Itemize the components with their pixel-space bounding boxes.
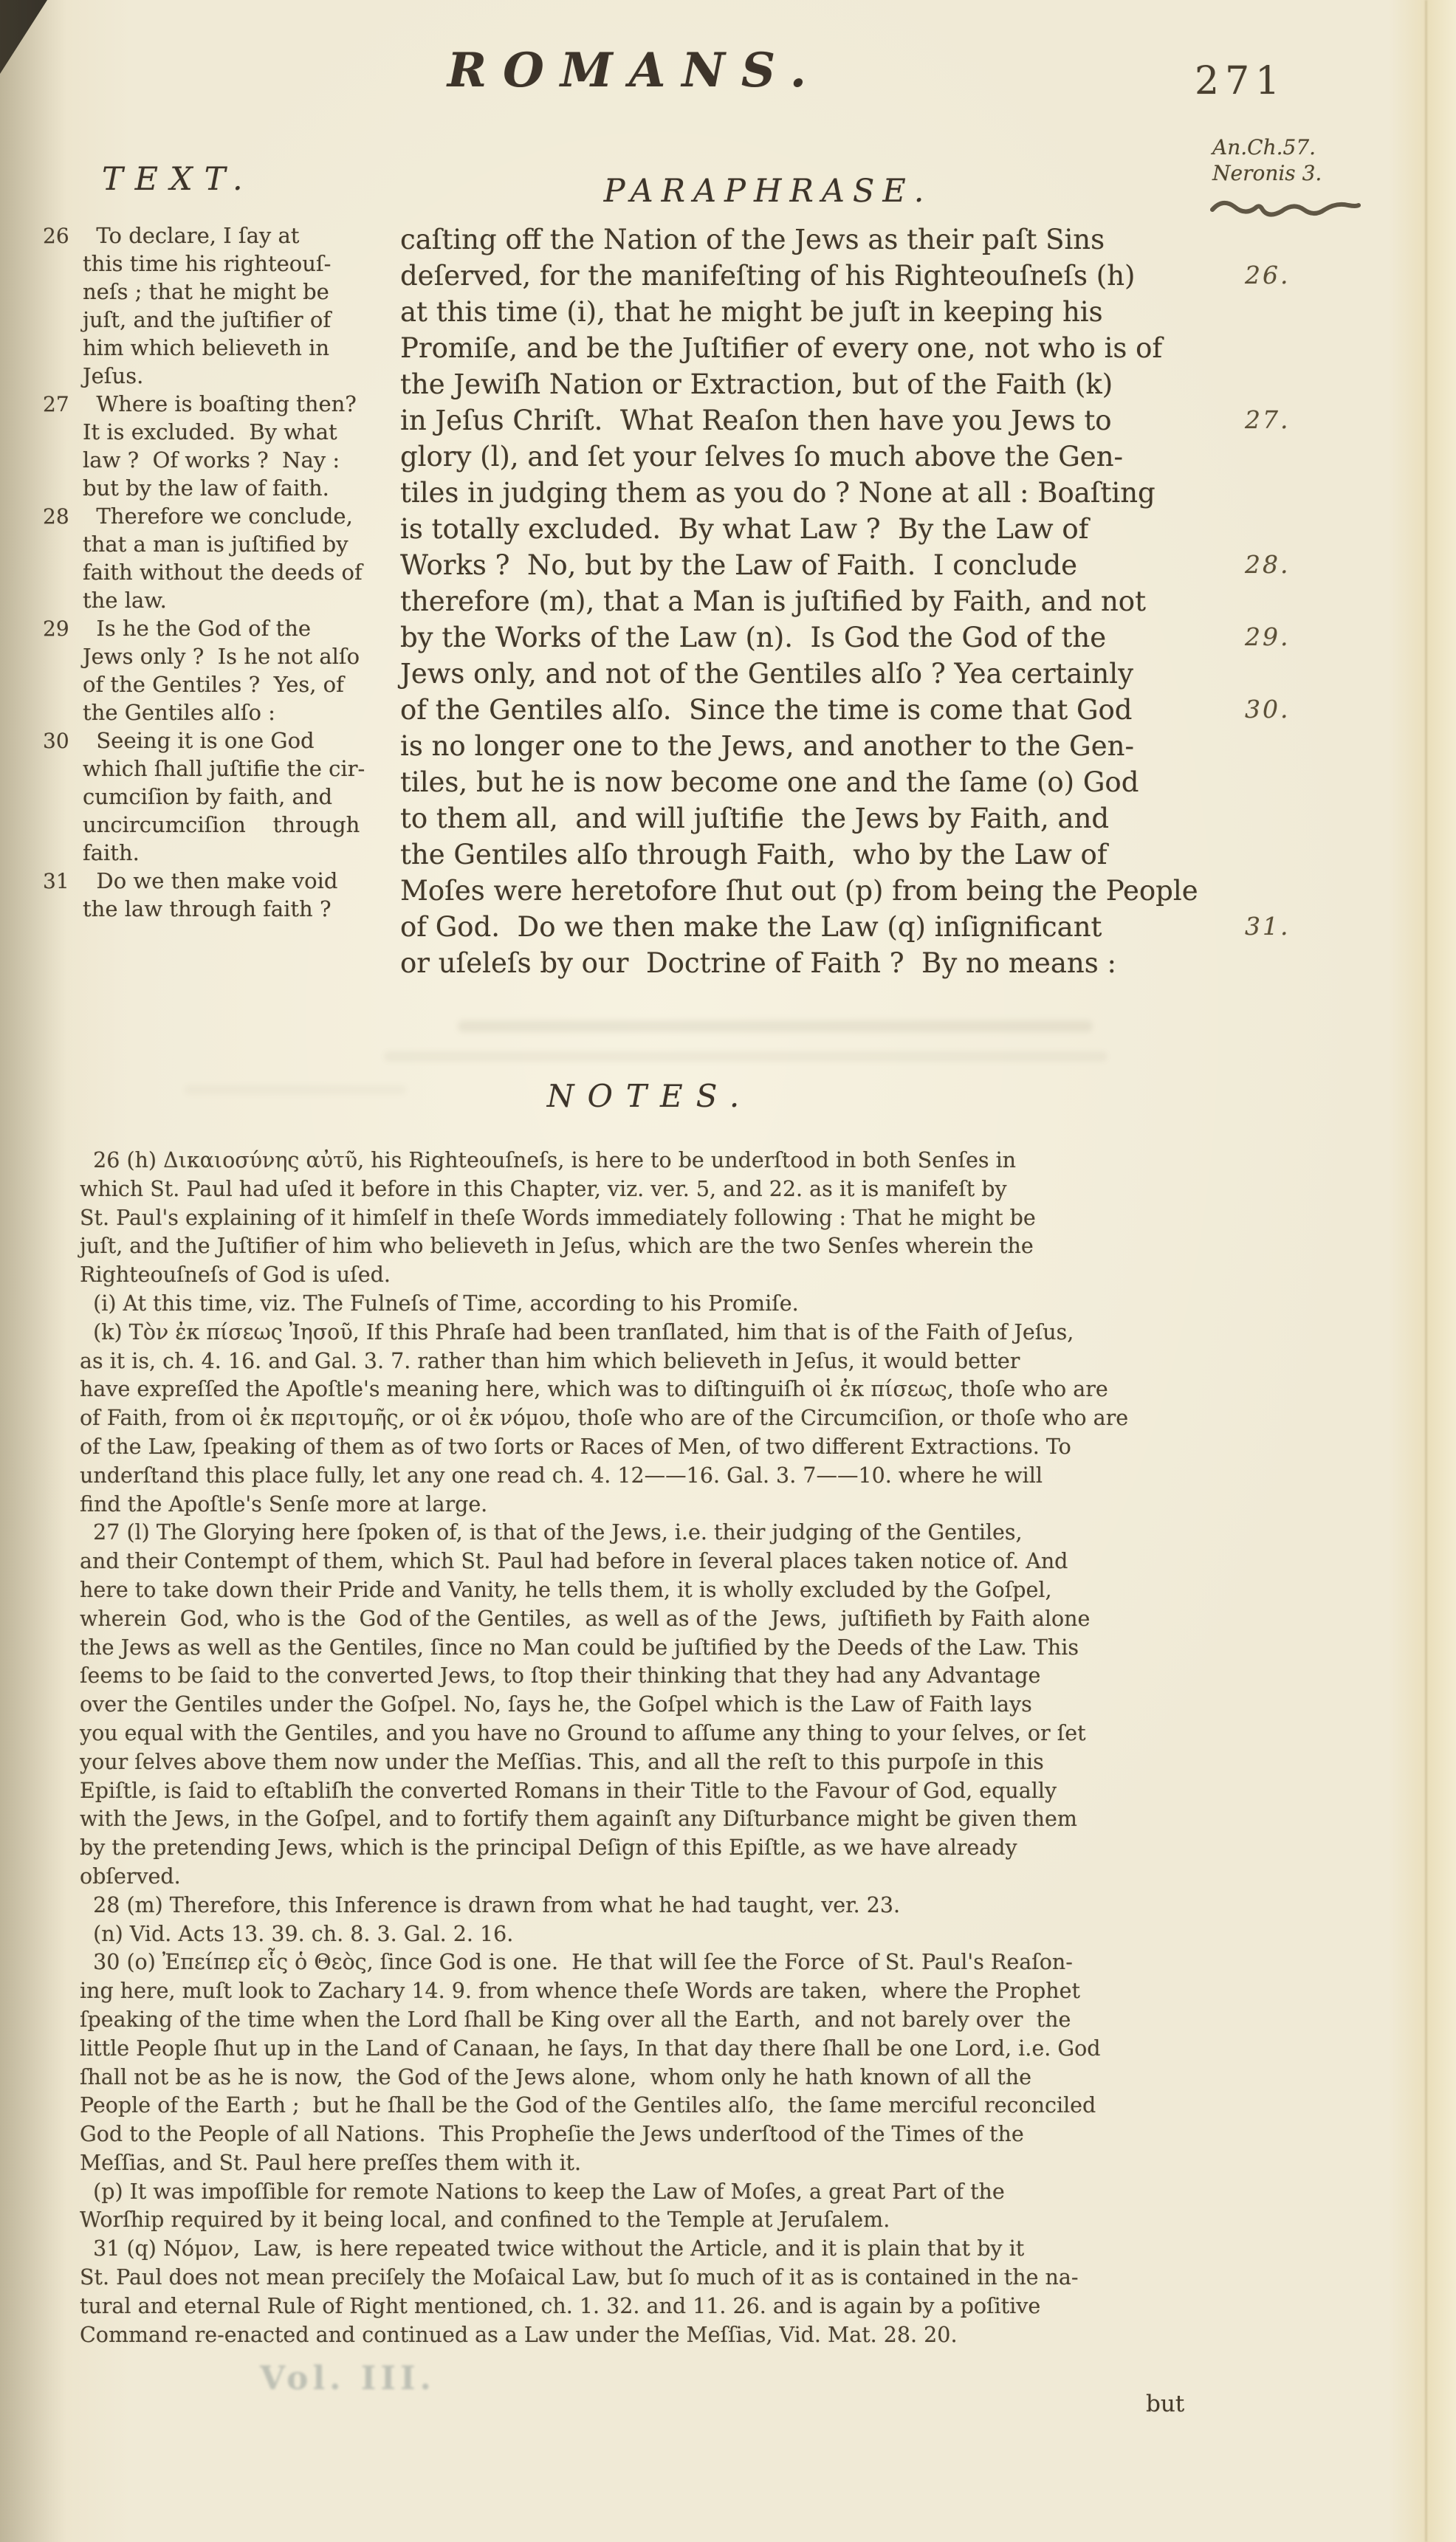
note-paragraph: (i) At this time, viz. The Fulneſs of Ti…	[80, 1290, 1232, 1319]
verse-lines: Where is boaſting then? It is excluded. …	[83, 390, 416, 502]
page-number: 271	[1195, 59, 1285, 103]
paraphrase-margin-number: 26.	[1245, 261, 1290, 289]
note-paragraph: 31 (q) Νόμον, Law, is here repeated twic…	[80, 2235, 1232, 2349]
verse-number: 31	[43, 868, 69, 896]
note-paragraph: (n) Vid. Acts 13. 39. ch. 8. 3. Gal. 2. …	[80, 1920, 1232, 1949]
paraphrase-margin-number: 29.	[1245, 622, 1290, 651]
note-paragraph: (k) Τὸν ἐκ πίσεως Ἰησοῦ, If this Phraſe …	[80, 1319, 1232, 1519]
paraphrase-margin-number: 27.	[1245, 405, 1290, 434]
verse-row: 26 To declare, I ſay at this time his ri…	[83, 221, 416, 390]
verse-number: 29	[43, 615, 69, 643]
show-through-smudge	[458, 1020, 1093, 1032]
note-paragraph: 27 (l) The Glorying here ſpoken of, is t…	[80, 1519, 1232, 1891]
verse-lines: Do we then make void the law through fai…	[83, 867, 416, 923]
scan-corner-shadow	[0, 0, 47, 74]
scanned-book-page: ROMANS. 271 An.Ch.57. Neronis 3. TEXT. P…	[0, 0, 1456, 2542]
verse-row: 31 Do we then make void the law through …	[83, 867, 416, 923]
chronology-margin-note: An.Ch.57. Neronis 3.	[1212, 134, 1322, 186]
verse-number: 30	[43, 727, 69, 755]
note-paragraph: (p) It was impoſſible for remote Nations…	[80, 2178, 1232, 2236]
note-paragraph: 26 (h) Δικαιοσύνης αὐτῦ, his Righteouſne…	[80, 1147, 1232, 1290]
paraphrase-margin-number: 28.	[1245, 550, 1290, 579]
verse-row: 29 Is he the God of the Jews only ? Is h…	[83, 614, 416, 726]
note-paragraph: 30 (o) Ἐπείπερ εἷς ὁ Θεὸς, ſince God is …	[80, 1948, 1232, 2177]
paraphrase-margin-number: 30.	[1245, 695, 1290, 724]
paraphrase-body: caſting off the Nation of the Jews as th…	[400, 221, 1234, 981]
verse-lines: Seeing it is one God which ſhall juſtifi…	[83, 726, 416, 867]
verse-number: 26	[43, 222, 69, 250]
catchword: but	[1146, 2391, 1184, 2417]
verse-number: 28	[43, 503, 69, 531]
paraphrase-column-heading: PARAPHRASE.	[561, 173, 975, 210]
notes-section: 26 (h) Δικαιοσύνης αὐτῦ, his Righteouſne…	[80, 1147, 1232, 2349]
running-title: ROMANS.	[399, 43, 871, 98]
verse-number: 27	[43, 391, 69, 419]
show-through-smudge	[384, 1051, 1108, 1062]
page-edge-line	[1425, 0, 1427, 2542]
verse-lines: To declare, I ſay at this time his right…	[83, 221, 416, 390]
margin-flourish-squiggle	[1208, 193, 1363, 223]
text-column-heading: TEXT.	[102, 161, 255, 198]
show-through-smudge	[185, 1085, 406, 1094]
paraphrase-margin-number: 31.	[1245, 912, 1290, 941]
volume-stamp-show-through: Vol. III.	[260, 2360, 436, 2397]
verse-row: 28 Therefore we conclude, that a man is …	[83, 502, 416, 614]
notes-heading: NOTES.	[443, 1078, 856, 1114]
verse-lines: Therefore we conclude, that a man is juſ…	[83, 502, 416, 614]
verse-lines: Is he the God of the Jews only ? Is he n…	[83, 614, 416, 726]
verse-row: 30 Seeing it is one God which ſhall juſt…	[83, 726, 416, 867]
text-column: 26 To declare, I ſay at this time his ri…	[83, 221, 416, 923]
margin-note-line: An.Ch.57.	[1212, 134, 1322, 160]
verse-row: 27 Where is boaſting then? It is exclude…	[83, 390, 416, 502]
page-gutter-shadow	[0, 0, 66, 2542]
margin-note-line: Neronis 3.	[1212, 160, 1322, 186]
note-paragraph: 28 (m) Therefore, this Inference is draw…	[80, 1892, 1232, 1920]
